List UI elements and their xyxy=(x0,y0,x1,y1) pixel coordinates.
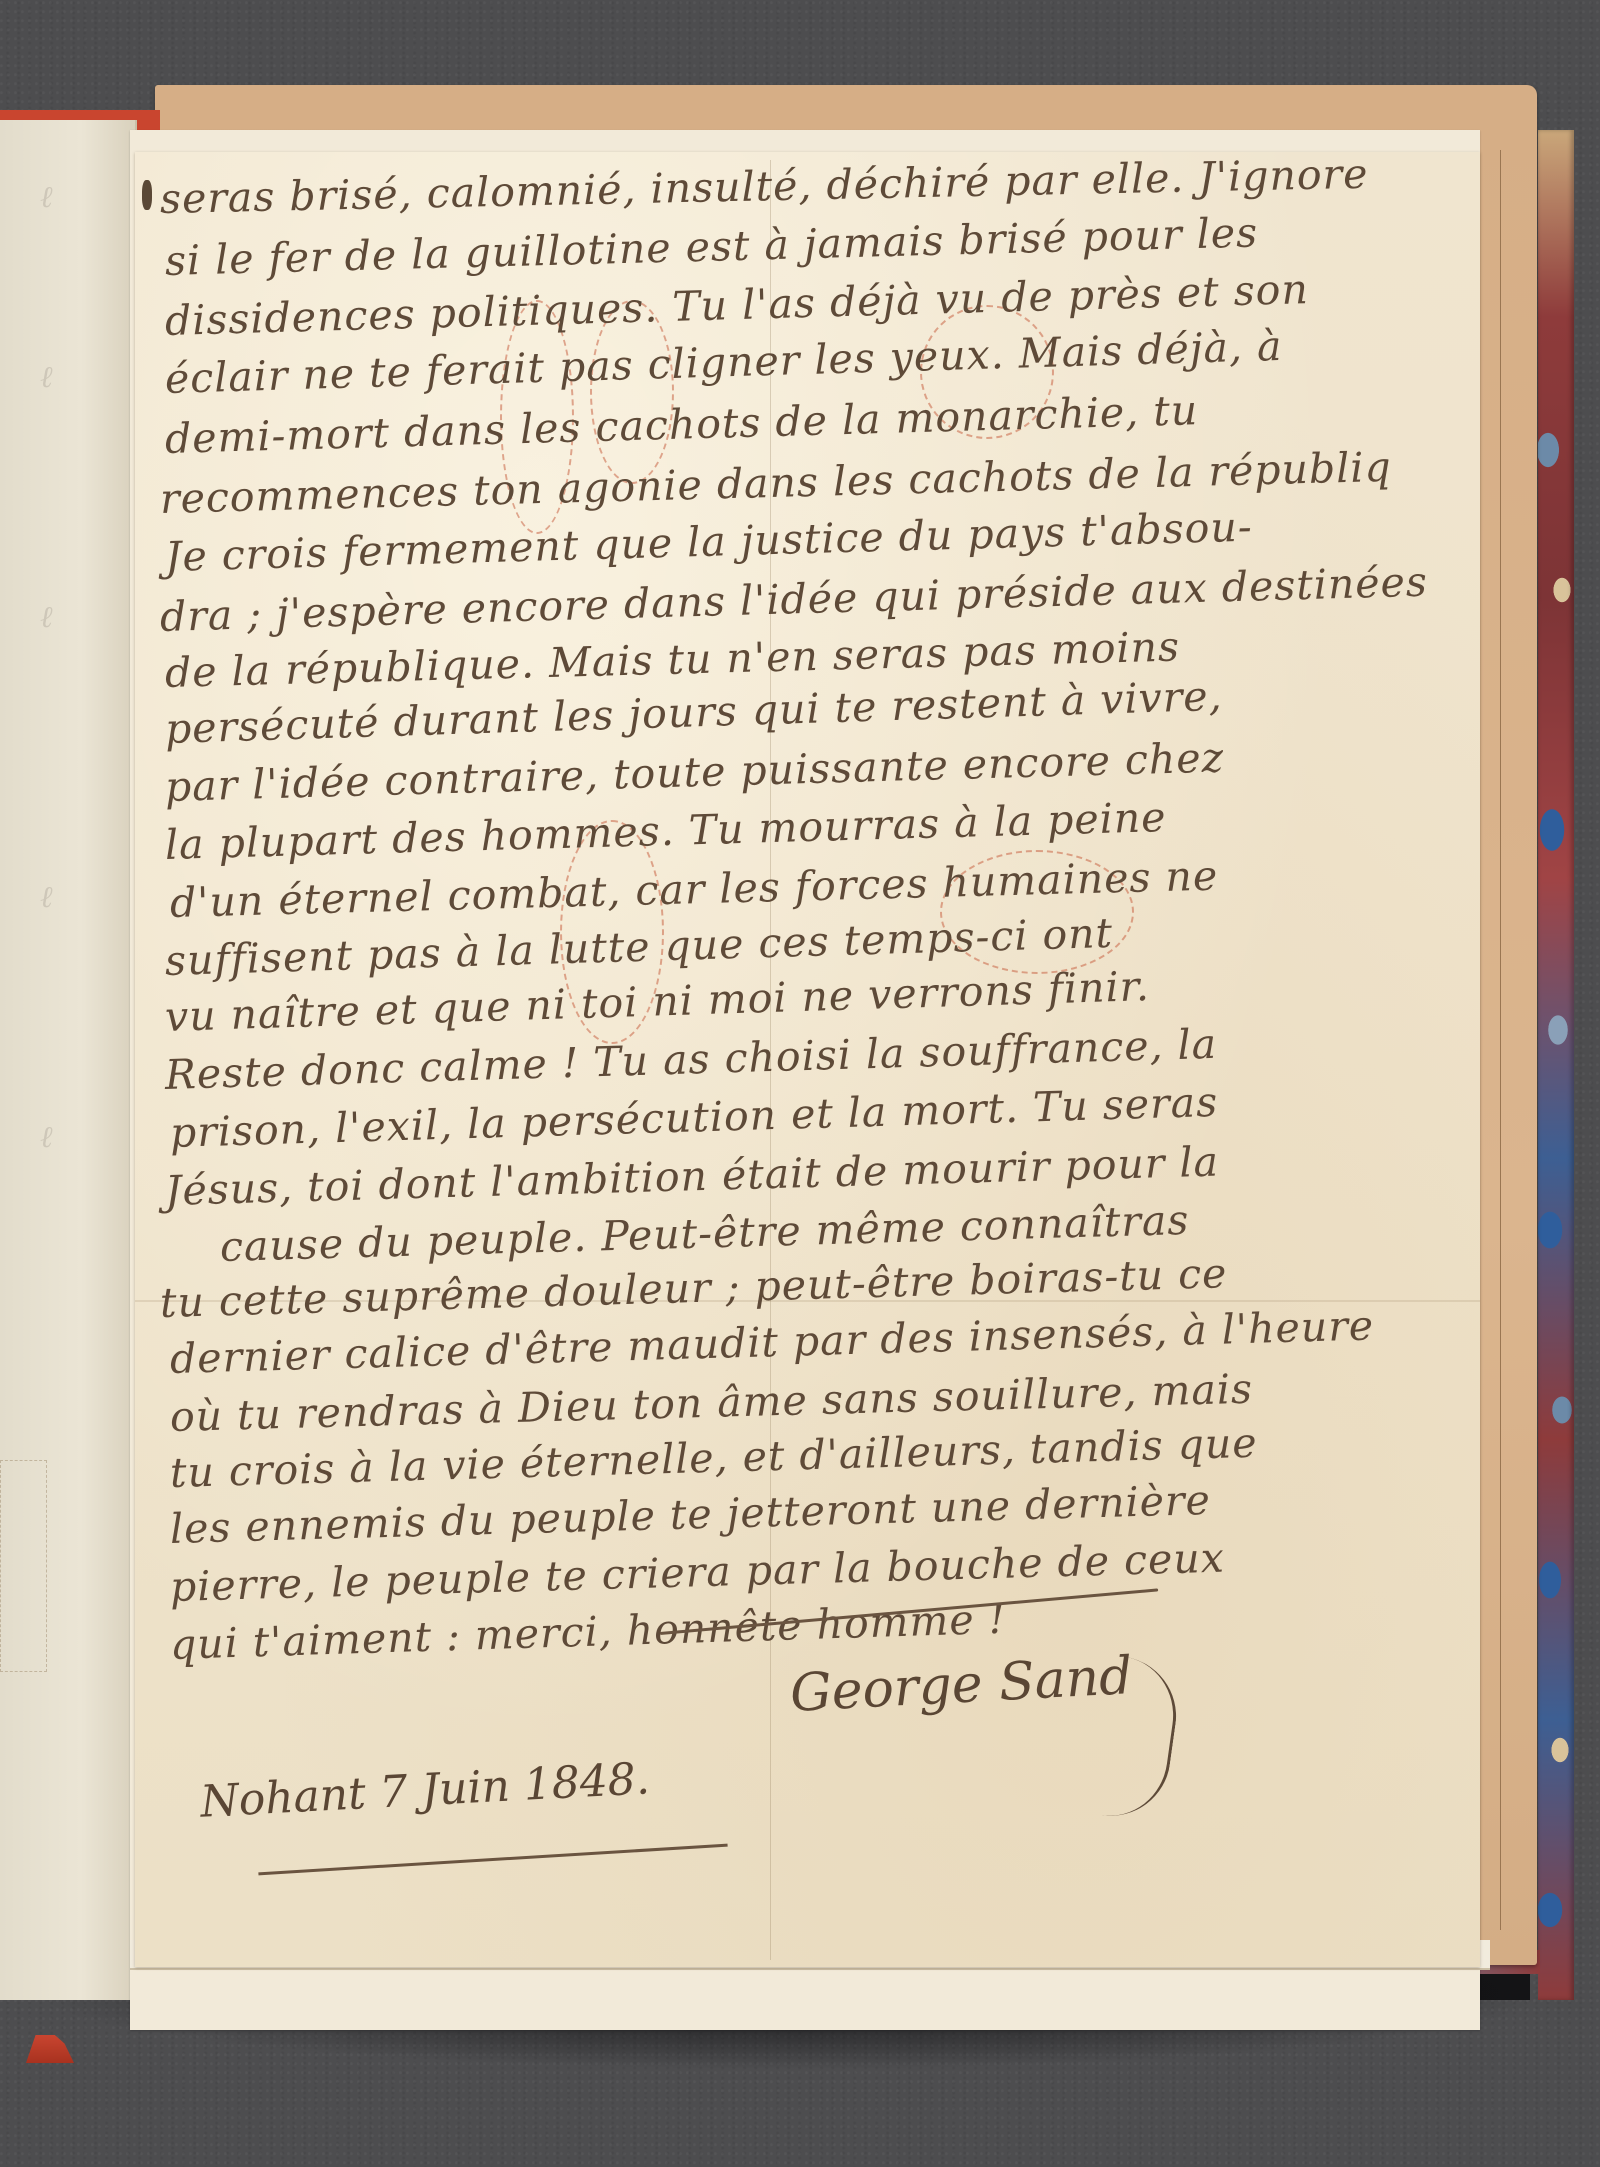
mount-rule-line xyxy=(1500,150,1501,1930)
bleed-through-text: ℓ xyxy=(40,1120,53,1155)
marbled-cover-edge xyxy=(1538,130,1574,2000)
bleed-through-text: ℓ xyxy=(40,180,53,215)
bleed-through-text: ℓ xyxy=(40,600,53,635)
left-page-stamp-outline xyxy=(0,1460,47,1672)
left-book-page: ℓ ℓ ℓ ℓ ℓ xyxy=(0,120,137,2000)
bleed-through-text: ℓ xyxy=(40,360,53,395)
bleed-through-text: ℓ xyxy=(40,880,53,915)
page-marker-ink xyxy=(142,180,152,210)
